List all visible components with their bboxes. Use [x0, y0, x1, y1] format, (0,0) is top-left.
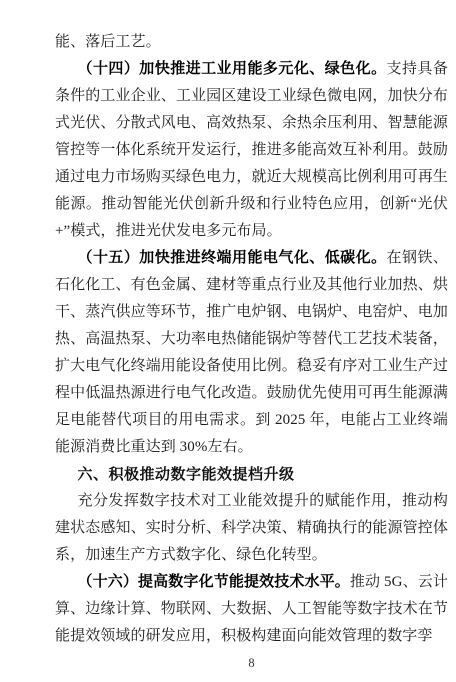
section-16-title: （十六）提高数字化节能提效技术水平。 — [78, 574, 350, 590]
paragraph-chapter-6-intro: 充分发挥数字技术对工业能效提升的赋能作用，推动构建状态感知、实时分析、科学决策、… — [55, 488, 448, 569]
section-14-title: （十四）加快推进工业用能多元化、绿色化。 — [78, 61, 387, 77]
section-15-title: （十五）加快推进终端用能电气化、低碳化。 — [78, 250, 387, 266]
paragraph-section-14: （十四）加快推进工业用能多元化、绿色化。支持具备条件的工业企业、工业园区建设工业… — [55, 56, 448, 245]
document-page: 能、落后工艺。 （十四）加快推进工业用能多元化、绿色化。支持具备条件的工业企业、… — [0, 0, 456, 682]
page-number: 8 — [55, 656, 448, 671]
chapter-6-heading: 六、积极推动数字能效提档升级 — [55, 461, 448, 488]
paragraph-section-16: （十六）提高数字化节能提效技术水平。推动 5G、云计算、边缘计算、物联网、大数据… — [55, 569, 448, 650]
paragraph-section-15: （十五）加快推进终端用能电气化、低碳化。在钢铁、石化化工、有色金属、建材等重点行… — [55, 245, 448, 461]
section-14-body: 支持具备条件的工业企业、工业园区建设工业绿色微电网，加快分布式光伏、分散式风电、… — [55, 61, 448, 239]
paragraph-continuation: 能、落后工艺。 — [55, 29, 448, 56]
section-15-body: 在钢铁、石化化工、有色金属、建材等重点行业及其他行业加热、烘干、蒸汽供应等环节，… — [55, 250, 448, 455]
